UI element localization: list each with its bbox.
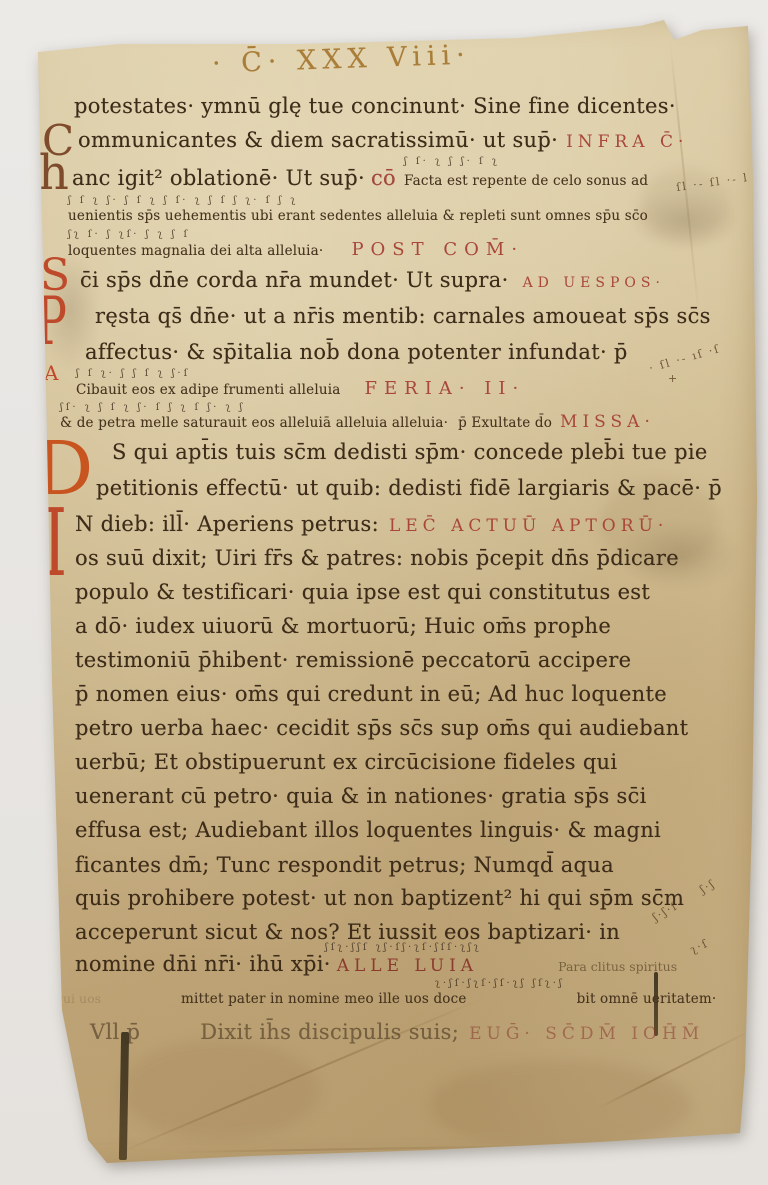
text-line: ʅ·ʃſ·ʃʅſ·ʃſ·ʅʃ ʃſʅ·ʃqui uosmittet pater …: [55, 990, 716, 1007]
text-segment: uerbū; Et obstipuerunt ex circūcisione f…: [75, 752, 617, 773]
ink-mark: [119, 1032, 129, 1160]
initial-letter: h: [38, 152, 69, 195]
text-segment: uenientis sp̄s uehementis ubi erant sede…: [68, 210, 648, 224]
initial-letter: A: [44, 364, 58, 382]
text-line: ommunicantes & diem sacratissimū· ut sup…: [78, 130, 688, 151]
text-line: ʃſ· ʅ ʃ ſ ʅ ʃ· ſ ʃ ʅ ſ ʃ· ʅ ʃ& de petra …: [60, 414, 655, 431]
text-segment: Para clitus spiritus: [558, 961, 677, 974]
text-segment: Cibauit eos ex adipe frumenti alleluia: [76, 384, 341, 398]
text-segment: os suū dixit; Uiri fr̄s & patres: nobis …: [75, 548, 679, 569]
text-line: affectus· & sp̄italia nob̄ dona potenter…: [85, 342, 628, 363]
text-segment: uenerant cū petro· quia & in nationes· g…: [75, 786, 647, 807]
text-segment: EUḠ· SC̄DM̄ IOH̄M̄: [469, 1026, 704, 1043]
text-segment: cō: [371, 168, 396, 189]
photo-backdrop: · C̄· XXX Viii· potestates· ymnū glę tue…: [0, 0, 768, 1185]
text-line: os suū dixit; Uiri fr̄s & patres: nobis …: [75, 548, 679, 569]
parchment-stain: [430, 1060, 690, 1150]
text-segment: c̄i sp̄s dn̄e corda nr̄a mundet· Ut supr…: [80, 270, 509, 291]
text-segment: qui uos: [55, 993, 101, 1006]
text-line: petro uerba haec· cecidit sp̄s sc̄s sup …: [75, 718, 688, 739]
neumes: ʃſ· ʅ ʃ ſ ʅ ʃ· ſ ʃ ʅ ſ ʃ· ʅ ʃ: [60, 403, 245, 413]
text-line: potestates· ymnū glę tue concinunt· Sine…: [74, 96, 676, 117]
text-segment: acceperunt sicut & nos? Et iussit eos ba…: [75, 922, 620, 943]
text-segment: testimoniū p̄hibent· remissionē peccator…: [75, 650, 631, 671]
text-segment: petitionis effectū· ut quib: dedisti fid…: [96, 478, 722, 499]
text-segment: Dixit ih̄s discipulis suis;: [200, 1022, 459, 1043]
text-segment: effusa est; Audiebant illos loquentes li…: [75, 820, 661, 841]
text-segment: FERIA· II·: [365, 380, 526, 398]
fold-crease: [170, 1145, 550, 1153]
text-segment: S qui apt̄is tuis sc̄m dedisti sp̄m· con…: [112, 442, 708, 463]
text-segment: bit omnē ueritatem·: [577, 993, 717, 1007]
text-segment: ficantes dm̄; Tunc respondit petrus; Num…: [75, 855, 614, 876]
text-segment: potestates· ymnū glę tue concinunt· Sine…: [74, 96, 676, 117]
manuscript-photo: { "photo": { "background_color": "#e8e6e…: [0, 0, 768, 1185]
text-line: ʃʅ ſ· ʃ ʅſ· ʃ ʅ ʃ ſloquentes magnalia de…: [68, 241, 524, 259]
text-line: ficantes dm̄; Tunc respondit petrus; Num…: [75, 855, 614, 876]
text-line: a dō· iudex uiuorū & mortuorū; Huic om̄s…: [75, 616, 611, 637]
text-segment: loquentes magnalia dei alta alleluia·: [68, 245, 323, 259]
text-line: populo & testificari· quia ipse est qui …: [75, 582, 650, 603]
text-line: quis prohibere potest· ut non baptizent²…: [75, 888, 684, 909]
text-segment: mittet pater in nomine meo ille uos doce: [181, 993, 467, 1007]
marginal-neume-note: +: [668, 372, 679, 385]
text-segment: POST COM̄·: [351, 241, 524, 259]
text-line: ʃ ſ ʅ ʃ· ʃ ſ ʅ ʃ ſ· ʅ ʃ ſ ʃ ʅ· ſ ʃ ʅueni…: [68, 207, 648, 224]
text-line: N dieb: ill̄· Aperiens petrus:LEC̄ ACTUŪ…: [75, 514, 668, 535]
text-segment: petro uerba haec· cecidit sp̄s sc̄s sup …: [75, 718, 688, 739]
text-line: testimoniū p̄hibent· remissionē peccator…: [75, 650, 631, 671]
text-segment: & de petra melle saturauit eos alleluiā …: [60, 417, 448, 431]
text-line: effusa est; Audiebant illos loquentes li…: [75, 820, 661, 841]
text-segment: Vll p̄: [90, 1022, 140, 1043]
neumes: ʃ ſ ʅ ʃ· ʃ ſ ʅ ʃ ſ· ʅ ʃ ſ ʃ ʅ· ſ ʃ ʅ: [68, 196, 298, 206]
text-line: c̄i sp̄s dn̄e corda nr̄a mundet· Ut supr…: [80, 270, 665, 291]
text-line: ʃ ſ· ʅ ʃ ʃ· ſ ʅanc igit² oblationē· Ut s…: [72, 168, 648, 189]
text-segment: AD UESPOS·: [523, 276, 665, 290]
text-line: p̄ nomen eius· om̄s qui credunt in eū; A…: [75, 684, 667, 705]
text-line: uerbū; Et obstipuerunt ex circūcisione f…: [75, 752, 617, 773]
text-segment: N dieb: ill̄· Aperiens petrus:: [75, 514, 379, 535]
text-segment: populo & testificari· quia ipse est qui …: [75, 582, 650, 603]
text-segment: anc igit² oblationē· Ut sup̄·: [72, 168, 365, 189]
text-segment: ommunicantes & diem sacratissimū· ut sup…: [78, 130, 558, 151]
marginal-neume-note: ʃ·ʃ: [698, 877, 718, 896]
neumes: ʃʅ ſ· ʃ ʅſ· ʃ ʅ ʃ ſ: [68, 230, 190, 240]
text-segment: quis prohibere potest· ut non baptizent²…: [75, 888, 684, 909]
text-segment: INFRA C̄·: [566, 134, 688, 151]
folio-number: · C̄· XXX Viii·: [212, 39, 472, 79]
neumes: ʃ ſ ʅ· ʃ ʃ ſ ʅ ʃ·ſ: [76, 369, 190, 379]
text-line: ʃ ſ ʅ· ʃ ʃ ſ ʅ ʃ·ſCibauit eos ex adipe f…: [76, 380, 525, 398]
marginal-neume-note: ʅ·ſ: [688, 937, 711, 957]
neumes: ʃſʅ·ʃʃſ ʅʃ·ſʃ·ʅſ·ʃſſ·ʅʃʅ: [325, 943, 482, 953]
text-line: uenerant cū petro· quia & in nationes· g…: [75, 786, 647, 807]
marginal-neume-note: · ſl ·- ıſ ·ſ: [648, 342, 722, 375]
text-segment: p̄ Exultate d̄o: [458, 417, 552, 431]
marginal-neume-note: ſl ·- ſl ·- l: [675, 171, 749, 194]
neumes: ʅ·ʃſ·ʃʅſ·ʃſ·ʅʃ ʃſʅ·ʃ: [435, 979, 565, 989]
text-line: Vll p̄Dixit ih̄s discipulis suis;EUḠ· SC…: [90, 1022, 704, 1043]
initial-letter: I: [42, 504, 67, 588]
ink-mark: [52, 956, 57, 1014]
text-line: ʃſʅ·ʃʃſ ʅʃ·ſʃ·ʅſ·ʃſſ·ʅʃʅnomine dn̄i nr̄i…: [75, 954, 677, 975]
text-line: S qui apt̄is tuis sc̄m dedisti sp̄m· con…: [112, 442, 708, 463]
text-line: petitionis effectū· ut quib: dedisti fid…: [96, 478, 722, 499]
text-segment: LEC̄ ACTUŪ APTORŪ·: [389, 518, 668, 535]
neumes: ʃ ſ· ʅ ʃ ʃ· ſ ʅ: [404, 157, 500, 167]
text-segment: ręsta qs̄ dn̄e· ut a nr̄is mentib: carna…: [95, 306, 711, 327]
text-segment: p̄ nomen eius· om̄s qui credunt in eū; A…: [75, 684, 667, 705]
text-segment: a dō· iudex uiuorū & mortuorū; Huic om̄s…: [75, 616, 611, 637]
text-segment: nomine dn̄i nr̄i· ihū xp̄i·: [75, 954, 331, 975]
parchment-stain: [120, 1040, 320, 1140]
text-segment: MISSA·: [560, 414, 655, 431]
text-segment: Facta est repente de celo sonus ad: [404, 175, 648, 189]
text-segment: ALLE LUIA: [337, 958, 478, 975]
text-segment: affectus· & sp̄italia nob̄ dona potenter…: [85, 342, 628, 363]
initial-letter: P: [36, 292, 67, 352]
text-line: ręsta qs̄ dn̄e· ut a nr̄is mentib: carna…: [95, 306, 711, 327]
text-line: acceperunt sicut & nos? Et iussit eos ba…: [75, 922, 620, 943]
parchment: · C̄· XXX Viii· potestates· ymnū glę tue…: [0, 0, 768, 1185]
